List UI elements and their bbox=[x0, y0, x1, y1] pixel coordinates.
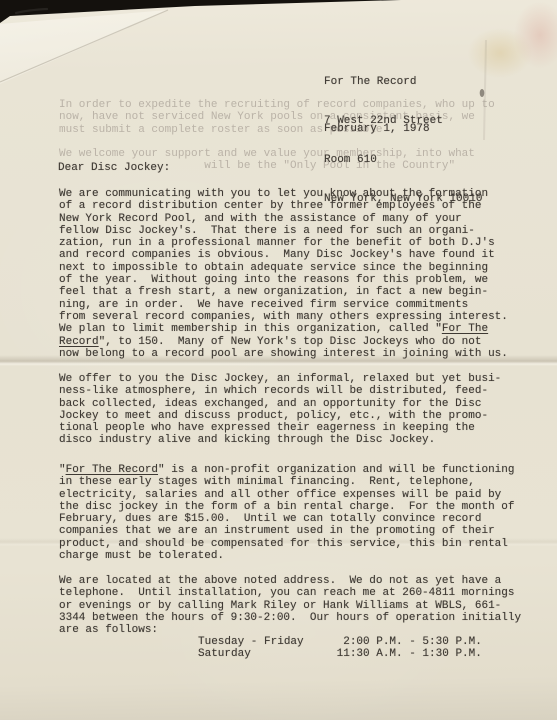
paragraph-2: We offer to you the Disc Jockey, an info… bbox=[59, 373, 501, 447]
paragraph-3-text: " is a non-profit organization and will … bbox=[59, 464, 515, 562]
sender-room: Room 610 bbox=[324, 154, 482, 167]
paragraph-1-text-a: We are communicating with you to let you… bbox=[59, 188, 508, 335]
underlined-org-name-2: For The Record bbox=[66, 464, 158, 476]
salutation: Dear Disc Jockey: bbox=[58, 162, 170, 174]
paragraph-3-quote-open: " bbox=[59, 464, 66, 476]
pen-mark bbox=[16, 9, 47, 13]
sender-name: For The Record bbox=[324, 76, 482, 89]
scanned-letter-page: In order to expedite the recruiting of r… bbox=[0, 0, 557, 720]
paragraph-1-text-b: ", to 150. Many of New York's top Disc J… bbox=[59, 336, 508, 360]
paragraph-4: We are located at the above noted addres… bbox=[59, 575, 521, 636]
paragraph-3: "For The Record" is a non-profit organiz… bbox=[59, 464, 515, 562]
hours-schedule: Tuesday - Friday 2:00 P.M. - 5:30 P.M. S… bbox=[198, 636, 482, 661]
paragraph-1: We are communicating with you to let you… bbox=[59, 188, 508, 360]
date-line: February 1, 1978 bbox=[324, 123, 430, 135]
